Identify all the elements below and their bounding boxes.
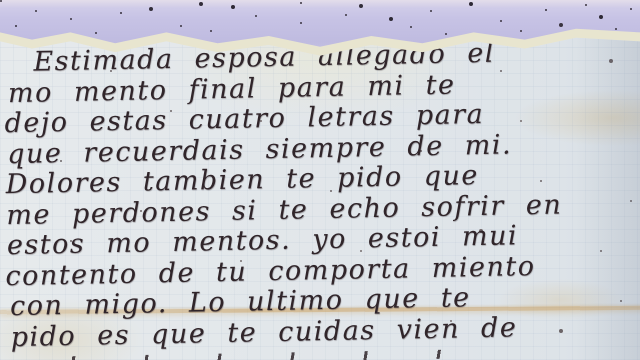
handwritten-text: Estimada esposa allegado el mo mento fin… [3,36,640,353]
letter-photo: Estimada esposa allegado el mo mento fin… [0,0,640,360]
background-specks [0,0,2,2]
